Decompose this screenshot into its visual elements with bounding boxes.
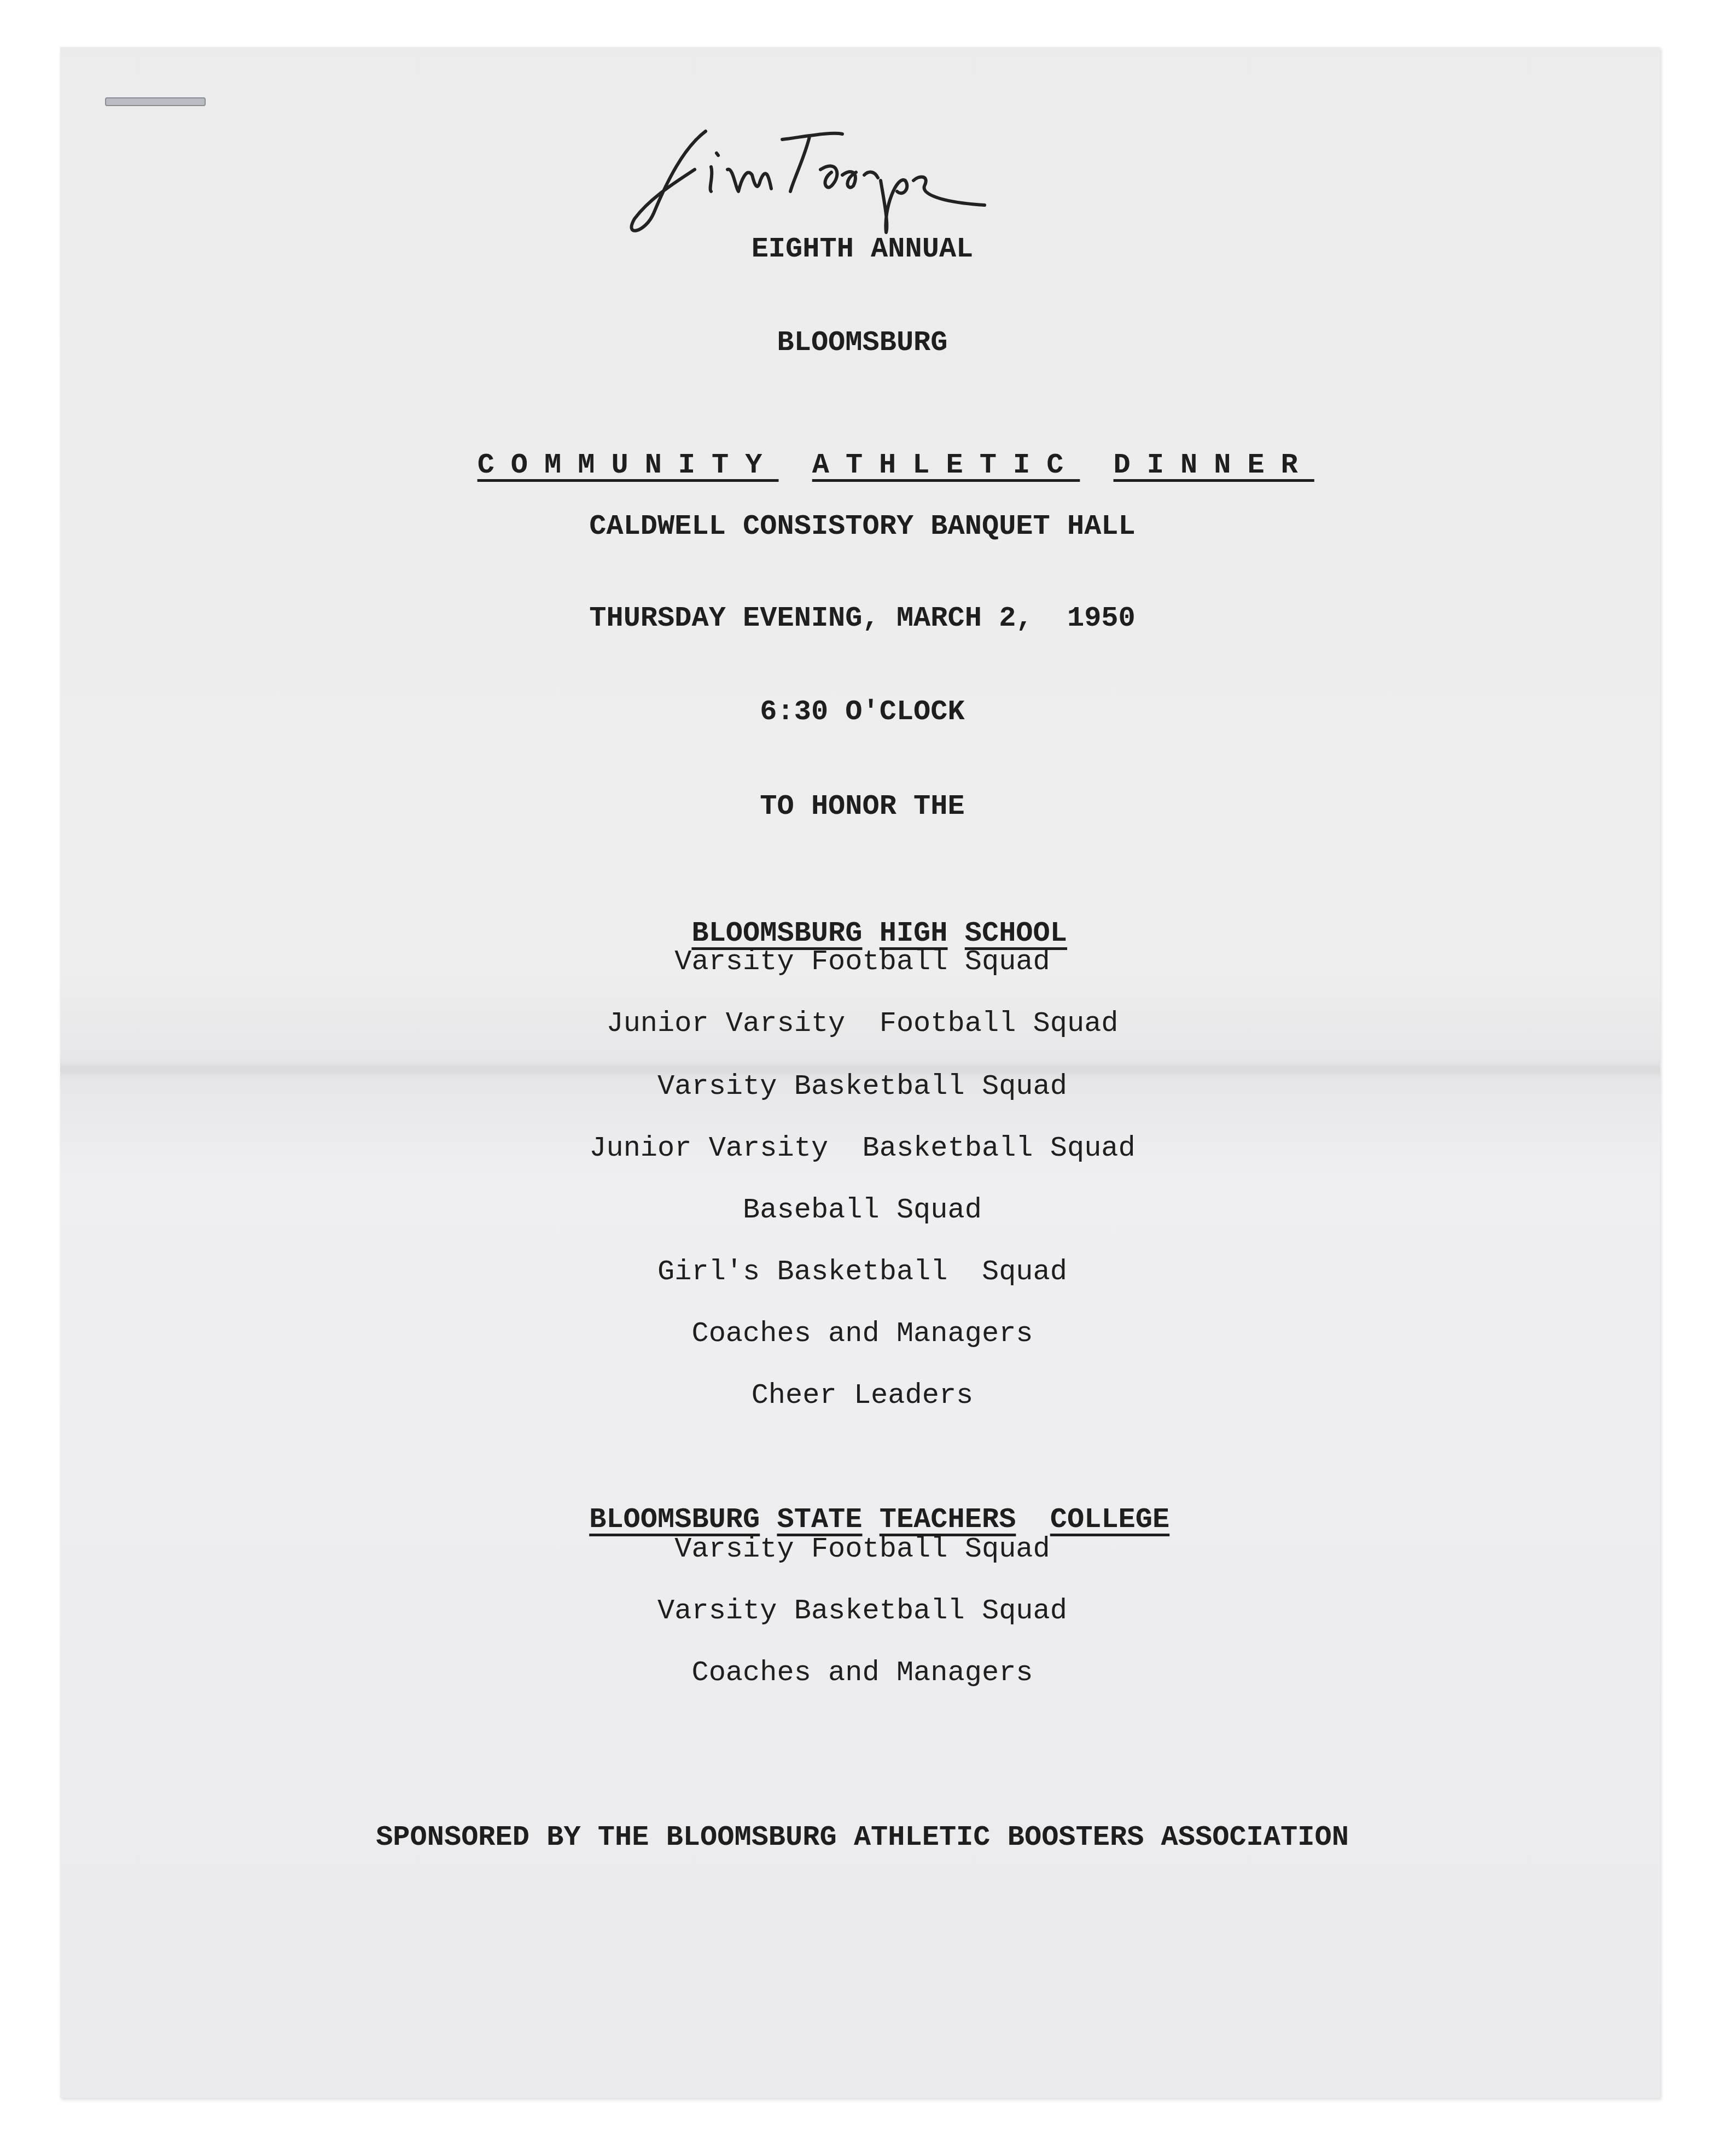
list-item: Coaches and Managers [0, 1318, 1727, 1350]
list-item: Baseball Squad [0, 1194, 1727, 1226]
title-word: DINNER [1114, 449, 1314, 481]
heading-word: COLLEGE [1050, 1504, 1169, 1536]
heading-word: BLOOMSBURG [589, 1504, 760, 1536]
event-date: THURSDAY EVENING, MARCH 2, 1950 [0, 602, 1727, 634]
list-item: Varsity Basketball Squad [0, 1595, 1727, 1627]
list-item: Girl's Basketball Squad [0, 1256, 1727, 1288]
list-item: Cheer Leaders [0, 1379, 1727, 1412]
subtitle-town: BLOOMSBURG [0, 327, 1727, 359]
list-item: Junior Varsity Football Squad [0, 1007, 1727, 1040]
staple-icon [105, 97, 206, 106]
subtitle-eighth-annual: EIGHTH ANNUAL [0, 233, 1727, 265]
heading-word: HIGH [880, 917, 948, 949]
list-item: Coaches and Managers [0, 1657, 1727, 1689]
list-item: Junior Varsity Basketball Squad [0, 1132, 1727, 1164]
event-title: COMMUNITY ATHLETIC DINNER [0, 417, 1727, 481]
list-item: Varsity Basketball Squad [0, 1070, 1727, 1103]
honor-line: TO HONOR THE [0, 790, 1727, 823]
signature-icon [602, 115, 1116, 241]
college-heading: BLOOMSBURG STATE TEACHERS COLLEGE [0, 1471, 1727, 1536]
sponsor-line: SPONSORED BY THE BLOOMSBURG ATHLETIC BOO… [0, 1821, 1727, 1854]
list-item: Varsity Football Squad [0, 1533, 1727, 1565]
heading-word: TEACHERS [880, 1504, 1016, 1536]
event-time: 6:30 O'CLOCK [0, 696, 1727, 728]
title-word: COMMUNITY [478, 449, 779, 481]
list-item: Varsity Football Squad [0, 946, 1727, 978]
venue: CALDWELL CONSISTORY BANQUET HALL [0, 510, 1727, 543]
title-word: ATHLETIC [812, 449, 1080, 481]
heading-word: SCHOOL [965, 917, 1067, 949]
heading-word: STATE [777, 1504, 862, 1536]
high-school-heading: BLOOMSBURG HIGH SCHOOL [0, 885, 1727, 949]
heading-word: BLOOMSBURG [691, 917, 862, 949]
